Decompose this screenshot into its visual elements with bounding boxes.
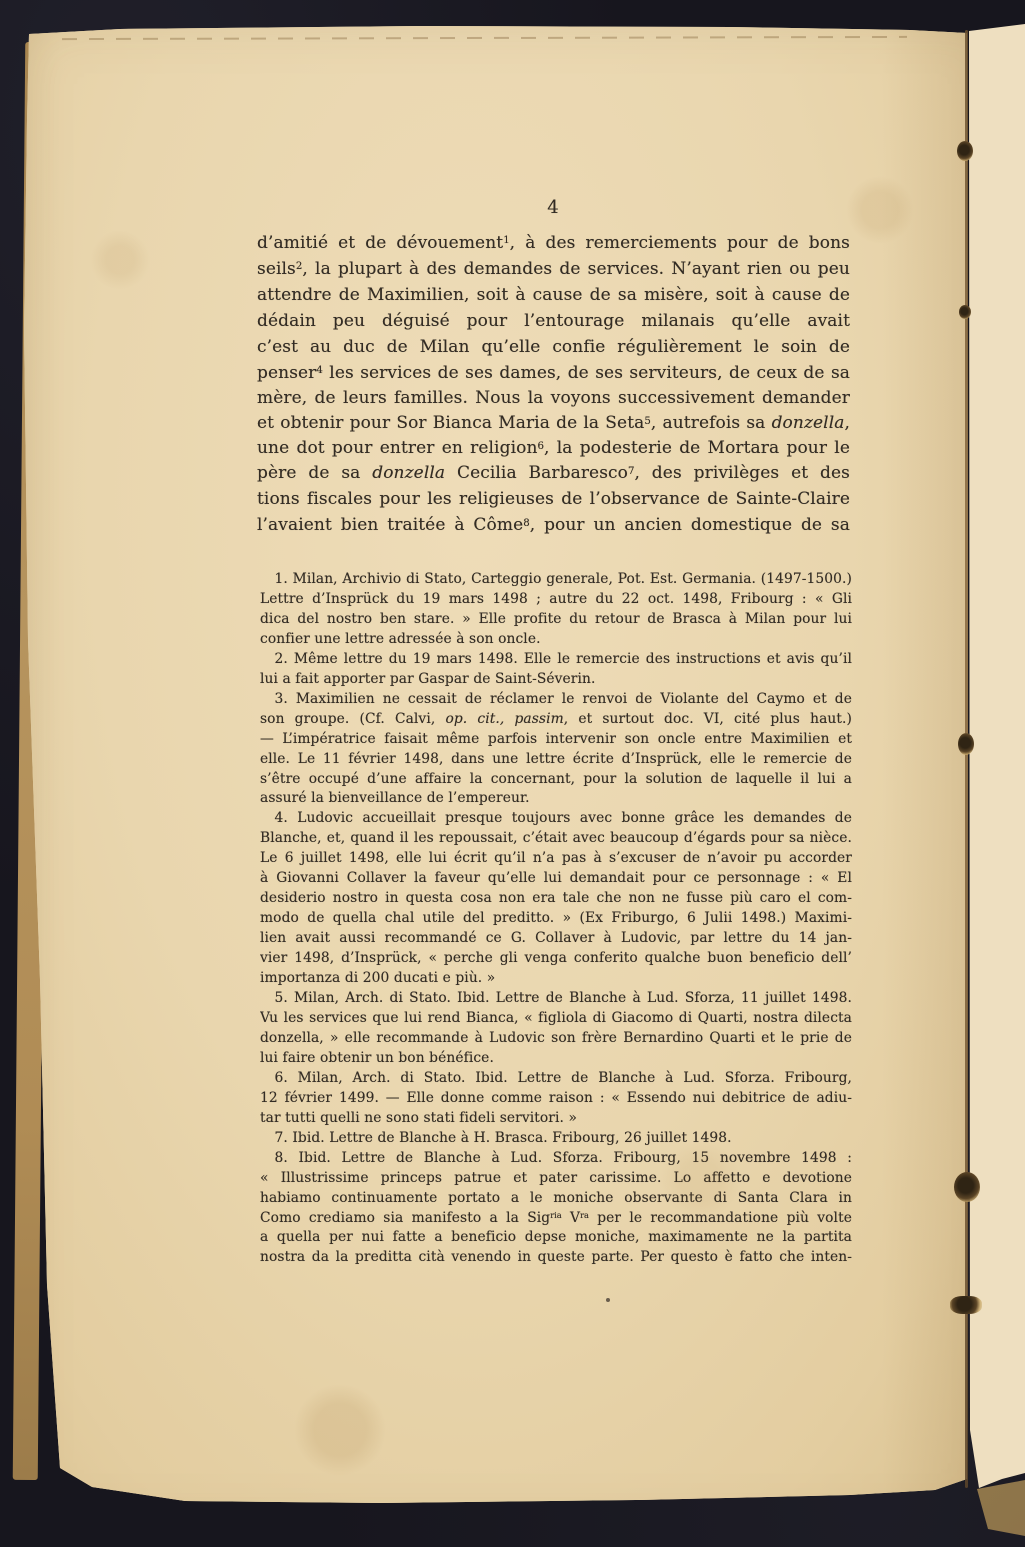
body-text-line: une dot pour entrer en religion6, la pod… [257, 436, 850, 461]
body-text-line: père de sa donzella Cecilia Barbaresco7,… [257, 461, 850, 487]
footnote-section: 1. Milan, Archivio di Stato, Carteggio g… [260, 570, 852, 1268]
footnote-line: tar tutti quelli ne sono stati fideli se… [260, 1109, 852, 1129]
footnote-line: nostra da la preditta cità venendo in qu… [260, 1248, 852, 1268]
body-text-line: seils2, la plupart à des demandes de ser… [257, 257, 850, 283]
footnote-line: desiderio nostro in questa cosa non era … [260, 889, 852, 909]
footnote-7: 7. Ibid. Lettre de Blanche à H. Brasca. … [260, 1129, 852, 1149]
footnote-line: 7. Ibid. Lettre de Blanche à H. Brasca. … [260, 1129, 852, 1149]
body-text-line: mère, de leurs familles. Nous la voyons … [257, 386, 850, 411]
footnote-line: — L’impératrice faisait même parfois int… [260, 730, 852, 750]
body-text-line: c’est au duc de Milan qu’elle confie rég… [257, 335, 850, 361]
ink-speck [606, 1298, 610, 1302]
footnote-line: s’être occupé d’une affaire la concernan… [260, 770, 852, 790]
body-text-line: penser4 les services de ses dames, de se… [257, 361, 850, 386]
footnote-line: lien avait aussi recommandé ce G. Collav… [260, 929, 852, 949]
binding-thread [959, 305, 971, 319]
footnote-line: a quella per nui fatte a beneficio depse… [260, 1228, 852, 1248]
page-number: 4 [257, 197, 850, 218]
footnote-line: à Giovanni Collaver la faveur qu’elle lu… [260, 869, 852, 889]
footnote-line: 1. Milan, Archivio di Stato, Carteggio g… [260, 570, 852, 590]
body-paragraph: d’amitié et de dévouement1, à des remerc… [257, 231, 850, 539]
photo-background: 4 d’amitié et de dévouement1, à des reme… [0, 0, 1025, 1547]
footnote-line: 8. Ibid. Lettre de Blanche à Lud. Sforza… [260, 1149, 852, 1169]
footnote-line: habiamo continuamente portato a le monic… [260, 1189, 852, 1209]
binding-thread [957, 141, 973, 161]
footnote-line: son groupe. (Cf. Calvi, op. cit., passim… [260, 710, 852, 730]
footnote-2: 2. Même lettre du 19 mars 1498. Elle le … [260, 650, 852, 690]
footnote-line: Como crediamo sia manifesto a la Sigria … [260, 1209, 852, 1229]
footnote-line: 12 février 1499. — Elle donne comme rais… [260, 1089, 852, 1109]
footnote-line: modo de quella chal utile del preditto. … [260, 909, 852, 929]
footnote-line: Vu les services que lui rend Bianca, « f… [260, 1009, 852, 1029]
footnote-line: 4. Ludovic accueillait presque toujours … [260, 809, 852, 829]
footnote-5: 5. Milan, Arch. di Stato. Ibid. Lettre d… [260, 989, 852, 1069]
footnote-line: 6. Milan, Arch. di Stato. Ibid. Lettre d… [260, 1069, 852, 1089]
body-text-line: attendre de Maximilien, soit à cause de … [257, 283, 850, 309]
footnote-line: Le 6 juillet 1498, elle lui écrit qu’il … [260, 849, 852, 869]
footnote-line: elle. Le 11 février 1498, dans une lettr… [260, 750, 852, 770]
book-page: 4 d’amitié et de dévouement1, à des reme… [0, 0, 1025, 1547]
footnote-line: assuré la bienveillance de l’empereur. [260, 789, 852, 809]
footnote-line: 5. Milan, Arch. di Stato. Ibid. Lettre d… [260, 989, 852, 1009]
footnote-line: donzella, » elle recommande à Ludovic so… [260, 1029, 852, 1049]
body-text-line: dédain peu déguisé pour l’entourage mila… [257, 309, 850, 335]
footnote-line: 3. Maximilien ne cessait de réclamer le … [260, 690, 852, 710]
footnote-line: 2. Même lettre du 19 mars 1498. Elle le … [260, 650, 852, 670]
body-text-line: l’avaient bien traitée à Côme8, pour un … [257, 513, 850, 539]
footnote-3: 3. Maximilien ne cessait de réclamer le … [260, 690, 852, 810]
footnote-6: 6. Milan, Arch. di Stato. Ibid. Lettre d… [260, 1069, 852, 1129]
top-stitch-seam [62, 36, 907, 40]
footnote-line: confier une lettre adressée à son oncle. [260, 630, 852, 650]
footnote-line: dica del nostro ben stare. » Elle profit… [260, 610, 852, 630]
footnote-line: « Illustrissime princeps patrue et pater… [260, 1169, 852, 1189]
footnote-4: 4. Ludovic accueillait presque toujours … [260, 809, 852, 989]
footnote-line: lui a fait apporter par Gaspar de Saint-… [260, 670, 852, 690]
footnote-line: importanza di 200 ducati e più. » [260, 969, 852, 989]
body-text-line: d’amitié et de dévouement1, à des remerc… [257, 231, 850, 257]
footnote-line: lui faire obtenir un bon bénéfice. [260, 1049, 852, 1069]
footnote-8: 8. Ibid. Lettre de Blanche à Lud. Sforza… [260, 1149, 852, 1269]
binding-thread [950, 1296, 982, 1314]
footnote-line: vier 1498, d’Insprück, « perche gli veng… [260, 949, 852, 969]
binding-thread [954, 1172, 980, 1202]
footnote-line: Blanche, et, quand il les repoussait, c’… [260, 829, 852, 849]
body-text-line: et obtenir pour Sor Bianca Maria de la S… [257, 411, 850, 436]
body-text-line: tions fiscales pour les religieuses de l… [257, 487, 850, 513]
footnote-1: 1. Milan, Archivio di Stato, Carteggio g… [260, 570, 852, 650]
binding-thread [958, 733, 974, 755]
binding-gutter-crease [965, 30, 968, 1488]
footnote-line: Lettre d’Insprück du 19 mars 1498 ; autr… [260, 590, 852, 610]
